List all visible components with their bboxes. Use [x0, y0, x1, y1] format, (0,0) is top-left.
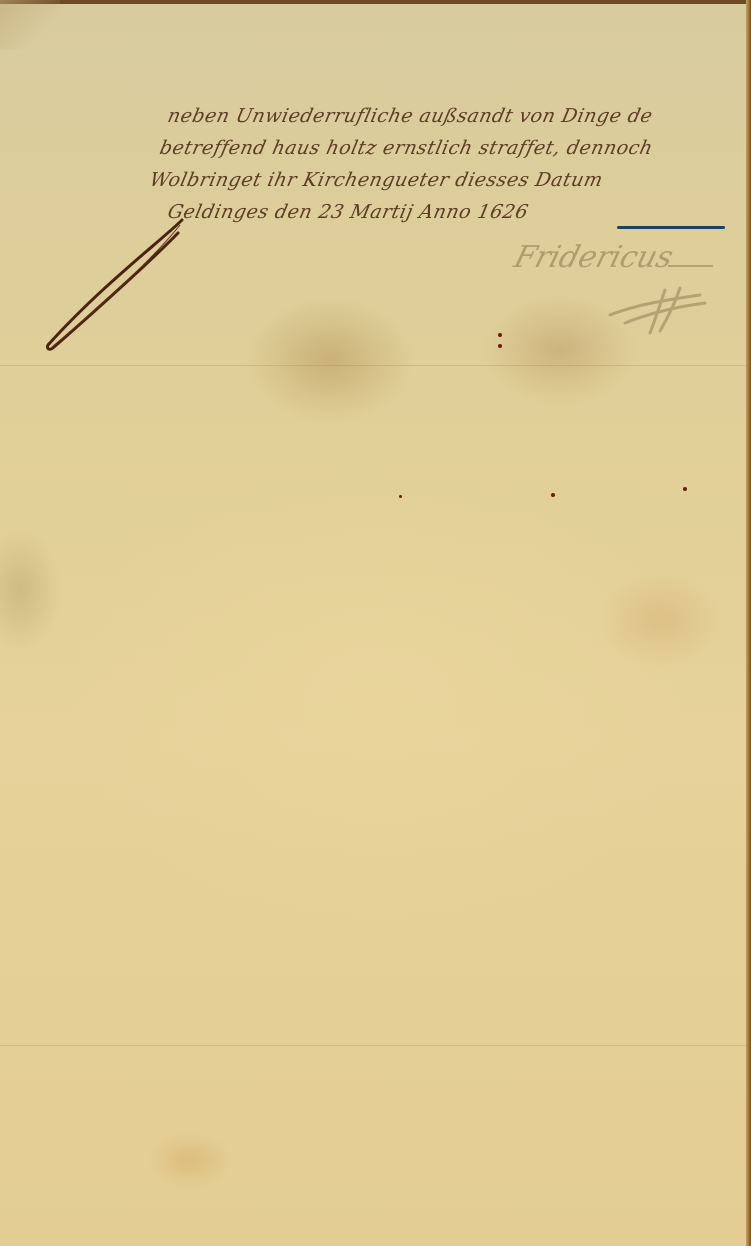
- ink-spot: [399, 495, 402, 498]
- corner-fold: [0, 0, 60, 50]
- ink-spot: [551, 493, 555, 497]
- text-line-4-dateline: Geldinges den 23 Martij Anno 1626: [165, 196, 739, 228]
- handwritten-text-block: neben Unwiederrufliche außsandt von Ding…: [160, 100, 735, 228]
- fold-crease: [0, 1045, 751, 1046]
- bleed-through-dash: [668, 265, 713, 267]
- text-line-1: neben Unwiederrufliche außsandt von Ding…: [165, 100, 739, 132]
- pen-flourish-icon: [42, 215, 192, 355]
- manuscript-page: neben Unwiederrufliche außsandt von Ding…: [0, 0, 751, 1246]
- page-right-edge: [746, 0, 751, 1246]
- bleed-through-signature: Fridericus: [510, 240, 677, 275]
- text-line-3: Wolbringet ihr Kirchengueter diesses Dat…: [147, 164, 739, 196]
- page-top-edge: [0, 0, 751, 4]
- ink-spot: [683, 487, 687, 491]
- ink-spot: [498, 333, 502, 337]
- text-line-2: betreffend haus holtz ernstlich straffet…: [157, 132, 739, 164]
- year-underline: [617, 226, 725, 229]
- fold-crease: [0, 365, 751, 366]
- bleed-through-scribble-icon: [605, 285, 715, 335]
- ink-spot: [498, 344, 502, 348]
